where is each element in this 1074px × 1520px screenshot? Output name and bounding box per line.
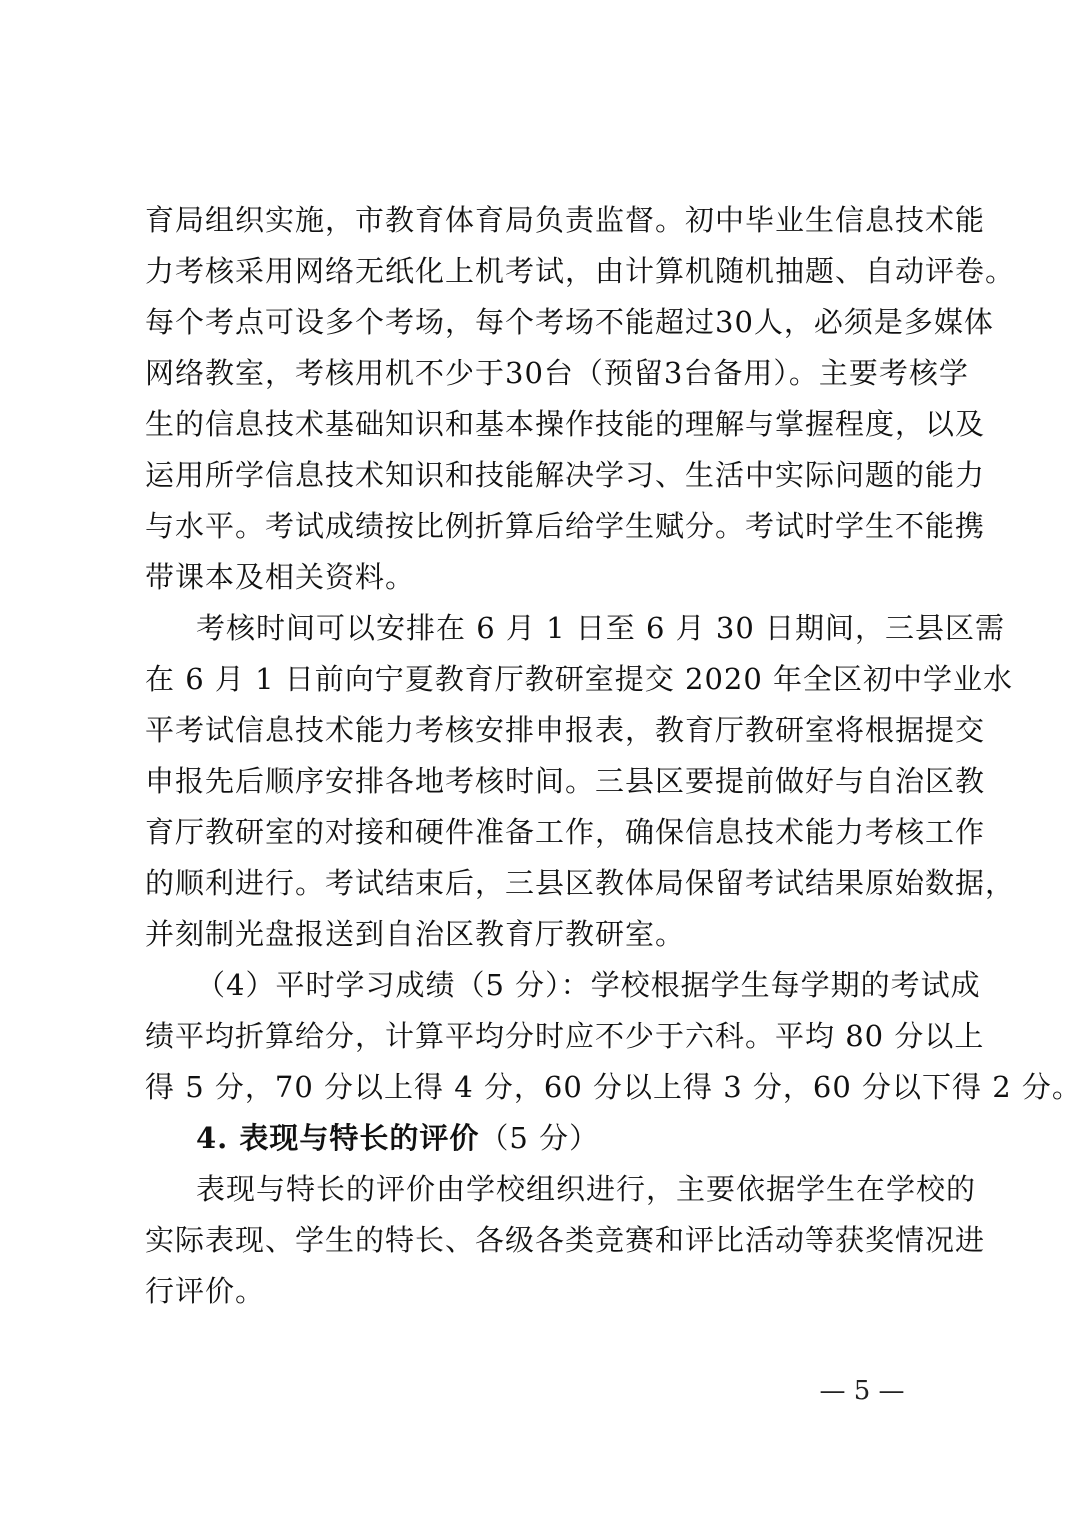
section-heading: 4. 表现与特长的评价（5 分） — [196, 1118, 940, 1158]
section-title: 表现与特长的评价 — [239, 1121, 479, 1155]
paragraph-line: （4）平时学习成绩（5 分）：学校根据学生每学期的考试成 — [196, 965, 940, 1005]
page-number: — 5 — — [812, 1373, 912, 1409]
paragraph-line: 并刻制光盘报送到自治区教育厅教研室。 — [145, 914, 940, 954]
paragraph-line: 得 5 分，70 分以上得 4 分，60 分以上得 3 分，60 分以下得 2 … — [145, 1067, 940, 1107]
paragraph-line: 考核时间可以安排在 6 月 1 日至 6 月 30 日期间，三县区需 — [196, 608, 940, 648]
section-number: 4. — [196, 1121, 228, 1155]
paragraph-line: 每个考点可设多个考场，每个考场不能超过30人，必须是多媒体 — [145, 302, 940, 342]
paragraph-line: 力考核采用网络无纸化上机考试，由计算机随机抽题、自动评卷。 — [145, 251, 940, 291]
paragraph-line: 行评价。 — [145, 1271, 940, 1311]
paragraph-line: 育局组织实施，市教育体育局负责监督。初中毕业生信息技术能 — [145, 200, 940, 240]
paragraph-line: 育厅教研室的对接和硬件准备工作，确保信息技术能力考核工作 — [145, 812, 940, 852]
paragraph-line: 实际表现、学生的特长、各级各类竞赛和评比活动等获奖情况进 — [145, 1220, 940, 1260]
paragraph-line: 在 6 月 1 日前向宁夏教育厅教研室提交 2020 年全区初中学业水 — [145, 659, 940, 699]
paragraph-line: 生的信息技术基础知识和基本操作技能的理解与掌握程度，以及 — [145, 404, 940, 444]
paragraph-line: 运用所学信息技术知识和技能解决学习、生活中实际问题的能力 — [145, 455, 940, 495]
paragraph-line: 的顺利进行。考试结束后，三县区教体局保留考试结果原始数据， — [145, 863, 940, 903]
paragraph-line: 网络教室，考核用机不少于30台（预留3台备用）。主要考核学 — [145, 353, 940, 393]
paragraph-line: 平考试信息技术能力考核安排申报表，教育厅教研室将根据提交 — [145, 710, 940, 750]
paragraph-line: 与水平。考试成绩按比例折算后给学生赋分。考试时学生不能携 — [145, 506, 940, 546]
paragraph-line: 带课本及相关资料。 — [145, 557, 940, 597]
section-score: （5 分） — [479, 1121, 599, 1155]
document-page: 育局组织实施，市教育体育局负责监督。初中毕业生信息技术能 力考核采用网络无纸化上… — [0, 0, 1074, 1520]
paragraph-line: 表现与特长的评价由学校组织进行，主要依据学生在学校的 — [196, 1169, 940, 1209]
paragraph-line: 绩平均折算给分，计算平均分时应不少于六科。平均 80 分以上 — [145, 1016, 940, 1056]
paragraph-line: 申报先后顺序安排各地考核时间。三县区要提前做好与自治区教 — [145, 761, 940, 801]
